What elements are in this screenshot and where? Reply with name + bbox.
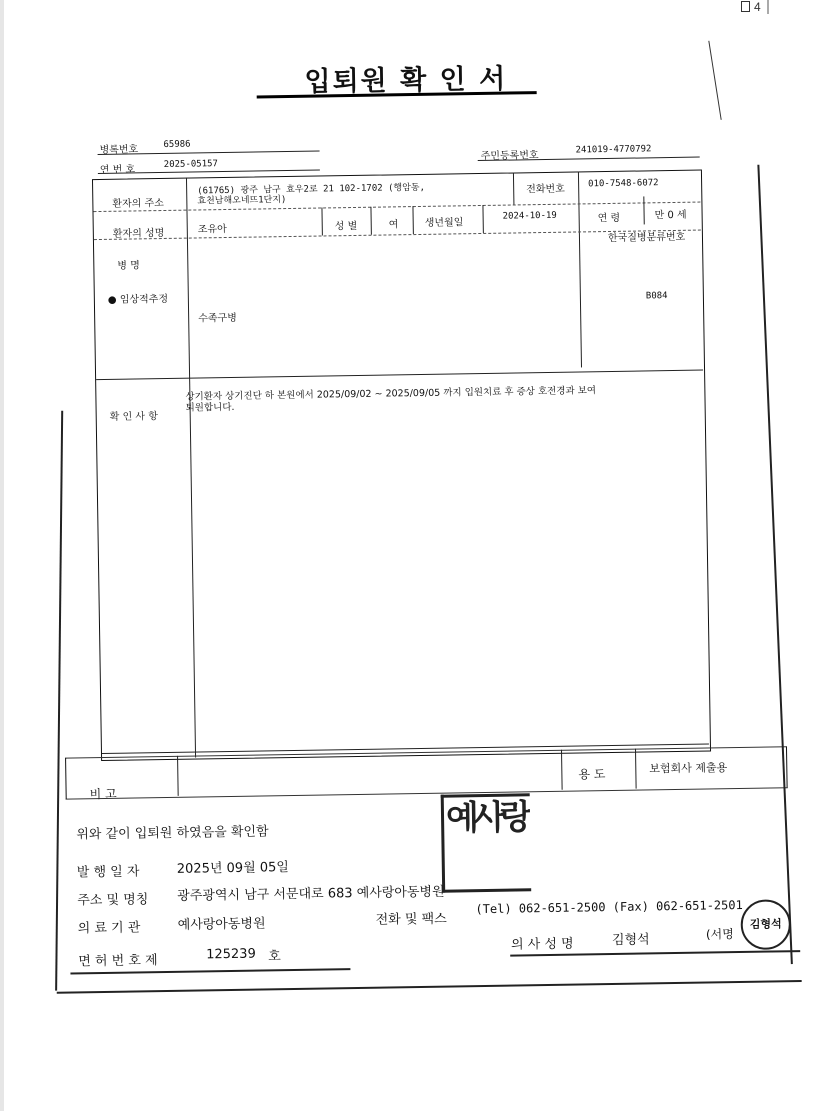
- confirm-line2: 퇴원합니다.: [185, 399, 234, 414]
- disease-label: 병 명: [117, 256, 140, 271]
- hospital-address: 광주광역시 남구 서문대로 683 예사랑아동병원: [177, 881, 445, 904]
- confirm-label: 확 인 사 항: [110, 407, 158, 423]
- address-label: 환자의 주소: [112, 194, 164, 210]
- kcd-label: 한국질병분류번호: [608, 228, 686, 244]
- paper-edge: [708, 41, 721, 120]
- disease-name: 수족구병: [198, 309, 237, 325]
- phone-label: 전화번호: [526, 180, 565, 196]
- doctor-name: 김형석: [612, 928, 650, 948]
- license-suffix: 호: [268, 945, 281, 964]
- divider: [70, 968, 350, 974]
- frame-left-edge: [55, 411, 63, 991]
- doctor-seal: 김형석: [740, 899, 791, 950]
- remarks-label: 비 고: [89, 785, 116, 802]
- license-number: 125239: [206, 947, 256, 963]
- institution-name: 예사랑아동병원: [178, 912, 266, 932]
- confirmation-statement: 위와 같이 입퇴원 하였음을 확인함: [76, 820, 269, 842]
- patient-name: 조유아: [198, 220, 227, 235]
- issue-date-label: 발 행 일 자: [77, 860, 140, 880]
- frame-bottom-edge: [57, 980, 802, 994]
- age-label: 연 령: [598, 209, 621, 224]
- doctor-label: 의 사 성 명: [511, 933, 574, 953]
- ward-no: 65986: [163, 140, 190, 150]
- purpose-label: 용 도: [578, 765, 605, 782]
- sex-label: 성 별: [335, 217, 358, 232]
- institution-label: 의 료 기 관: [78, 916, 141, 936]
- age: 만 0 세: [654, 206, 686, 222]
- address-line2: 효천남해오네뜨1단지): [197, 192, 286, 206]
- resident-no: 241019-4770792: [576, 144, 652, 155]
- scanned-form: 입퇴원 확 인 서 병록번호 65986 연 번 호 2025-05157 주민…: [0, 0, 817, 1111]
- frame-right-edge: [757, 165, 792, 964]
- dob: 2024-10-19: [503, 211, 557, 222]
- sex: 여: [389, 215, 399, 230]
- license-label: 면 허 번 호 제: [78, 949, 158, 969]
- dob-label: 생년월일: [425, 213, 464, 229]
- contact-label: 전화 및 팩스: [375, 908, 446, 928]
- contact-numbers: (Tel) 062-651-2500 (Fax) 062-651-2501: [475, 898, 742, 916]
- serial-no: 2025-05157: [164, 159, 218, 170]
- kcd-code: B084: [646, 291, 668, 301]
- signature-label: (서명: [706, 925, 734, 942]
- issue-date: 2025년 09월 05일: [177, 856, 289, 877]
- clinical-estimate-label: ● 임상적추정: [108, 290, 168, 306]
- hospital-address-label: 주소 및 명칭: [77, 888, 148, 908]
- purpose-value: 보험회사 제출용: [649, 759, 727, 776]
- hospital-stamp: 예사랑: [441, 793, 532, 892]
- phone: 010-7548-6072: [588, 178, 659, 189]
- form-table: [92, 170, 711, 762]
